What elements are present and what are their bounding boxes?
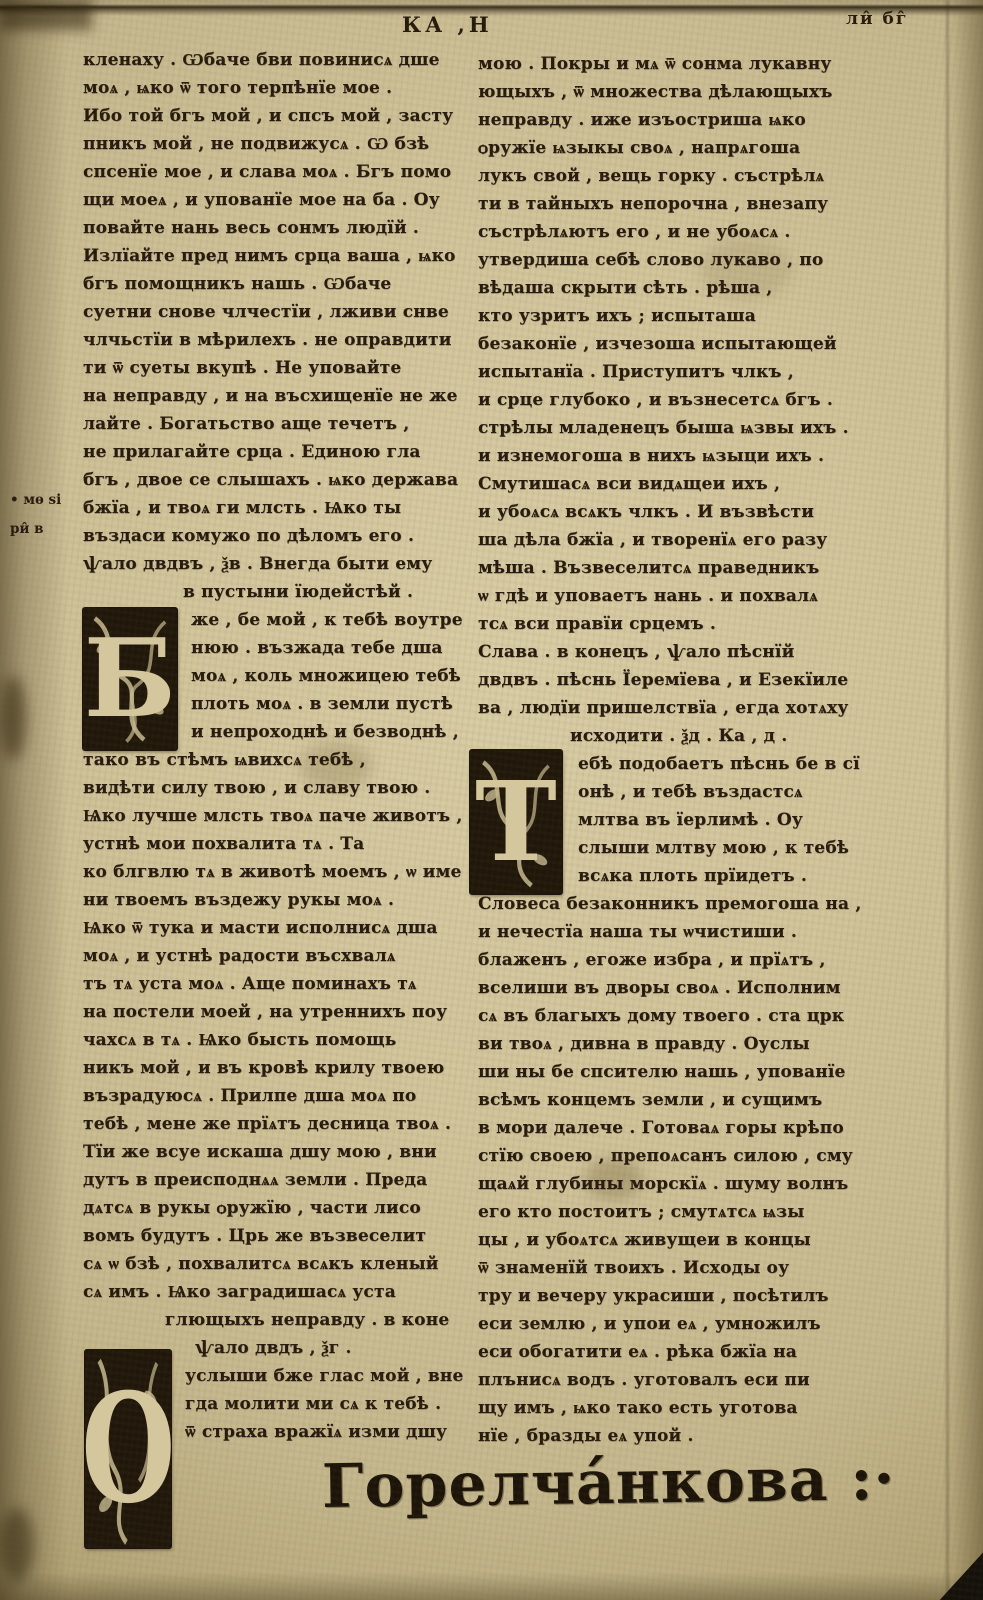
text-line: вомъ будутъ . Црь же възвеселит [83, 1222, 471, 1250]
text-line: стрѣлы младенецъ быша ѩзвы ихъ . [478, 414, 884, 442]
text-line: неправду . иже изъостриша ѩко [478, 106, 884, 134]
initial-letter: Б [84, 625, 177, 733]
woodcut-initial-O: О [85, 1350, 171, 1548]
text-line: плънисѧ водъ . уготовалъ еси пи [478, 1366, 884, 1394]
text-line: ва , людїи пришелствїа , егда хотѧху [478, 694, 884, 722]
text-line: тъ тѧ уста моѧ . Аще поминахъ тѧ [83, 970, 471, 998]
text-line: мою . Покры и мѧ ѿ сонма лукавну [478, 50, 884, 78]
text-line: тебѣ , мене же прїѧтъ десница твоѧ . [83, 1110, 471, 1138]
text-line: бжїа , и твоѧ ги млсть . Ѩко ты [83, 494, 471, 522]
margin-cross-references: • мѳ ѕі ри̂ в [10, 486, 76, 544]
text-line: безаконїе , изчезоша испытающей [478, 330, 884, 358]
margin-ref-matthew: • мѳ ѕі [10, 486, 76, 515]
text-line: исходити . ѯд . Ка , д . [478, 722, 884, 750]
text-line: глющыхъ неправду . в коне [83, 1306, 471, 1334]
page-bottom-edge [0, 1572, 983, 1600]
text-line: тру и вечеру украсиши , посѣтилъ [478, 1282, 884, 1310]
margin-ref-romans: ри̂ в [10, 515, 76, 544]
binding-gutter-shadow [0, 0, 70, 1600]
text-line: сѧ имъ . Ѩко заградишасѧ уста [83, 1278, 471, 1306]
text-line: блаженъ , егоже избра , и прїѧтъ , [478, 946, 884, 974]
text-line: пникъ мой , не подвижусѧ . Ѡ бзѣ [83, 130, 471, 158]
text-line: възрадуюсѧ . Прилпе дша моѧ по [83, 1082, 471, 1110]
text-line: вселиши въ дворы своѧ . Исполним [478, 974, 884, 1002]
text-line: ко блгвлю тѧ в животѣ моемъ , ѡ име [83, 858, 471, 886]
text-line: кленаху . Ѡбаче бви повинисѧ дше [83, 46, 471, 74]
text-line: вѣдаша скрыти сѣть . рѣша , [478, 274, 884, 302]
text-line: дѧтсѧ в рукы ѻружїю , части лисо [83, 1194, 471, 1222]
text-line: его кто постоитъ ; смутѧтсѧ ѩзы [478, 1198, 884, 1226]
page-crease [946, 0, 949, 1600]
text-line: всѣмъ концемъ земли , и сущимъ [478, 1086, 884, 1114]
psalter-page: КА ,Н ли̂ бг̂ • мѳ ѕі ри̂ в кленаху . Ѡб… [0, 0, 983, 1600]
woodcut-initial-B: Б [83, 608, 177, 750]
text-line: еси землю , и упои еѧ , умножилъ [478, 1310, 884, 1338]
text-line: състрѣлѧютъ его , и не убоѧсѧ . [478, 218, 884, 246]
text-line: щи моеѧ , и упованїе мое на ба . Оу [83, 186, 471, 214]
text-line: в пустыни їюдейстѣй . [83, 578, 471, 606]
text-line: ша дѣла бжїа , и творенїѧ его разу [478, 526, 884, 554]
text-line: стїю своею , препоѧсанъ силою , сму [478, 1142, 884, 1170]
text-line: моѧ , ѩко ѿ того терпѣнїе мое . [83, 74, 471, 102]
left-text-column: кленаху . Ѡбаче бви повинисѧ дшемоѧ , ѩк… [83, 46, 471, 1446]
text-line: устнѣ мои похвалита тѧ . Та [83, 830, 471, 858]
text-line: и убоѧсѧ всѧкъ члкъ . И възвѣсти [478, 498, 884, 526]
text-line: повайте нань весь сонмъ людїй . [83, 214, 471, 242]
text-line: на неправду , и на въсхищенїе не же [83, 382, 471, 410]
text-line: Тїи же всуе искаша дшу мою , вни [83, 1138, 471, 1166]
text-line: ни твоемъ въздежу рукы моѧ . [83, 886, 471, 914]
initial-letter: Т [475, 767, 557, 877]
text-line: члчьстїи в мѣрилехъ . не оправдити [83, 326, 471, 354]
text-line: в мори далече . Готоваѧ горы крѣпо [478, 1114, 884, 1142]
psalm-61-text: кленаху . Ѡбаче бви повинисѧ дшемоѧ , ѩк… [83, 46, 471, 550]
right-text-column: мою . Покры и мѧ ѿ сонма лукавнующыхъ , … [478, 50, 884, 1450]
psalm-62-heading: ѱало двдвъ , ѯв . Внегда быти емув пусты… [83, 550, 471, 606]
folio-number: ли̂ бг̂ [846, 9, 908, 29]
psalm-63-text: мою . Покры и мѧ ѿ сонма лукавнующыхъ , … [478, 50, 884, 638]
text-line: цы , и убоѧтсѧ живущеи в концы [478, 1226, 884, 1254]
text-line: тако въ стѣмъ ѩвихсѧ тебѣ , [83, 746, 471, 774]
text-line: испытанїа . Приступитъ члкъ , [478, 358, 884, 386]
text-line: ви твоѧ , дивна в правду . Оуслы [478, 1030, 884, 1058]
woodcut-initial-T: Т [470, 750, 562, 894]
text-line: сѧ въ благыхъ дому твоего . ста црк [478, 1002, 884, 1030]
text-line: еси обогатити еѧ . рѣка бжїа на [478, 1338, 884, 1366]
text-line: ѿ знаменїй твоихъ . Исходы оу [478, 1254, 884, 1282]
text-line: кто узритъ ихъ ; испыташа [478, 302, 884, 330]
text-line: не прилагайте срца . Единою гла [83, 438, 471, 466]
ownership-inscription: Горелча́нкова :· [322, 1444, 896, 1522]
text-line: Излїайте пред нимъ срца ваша , ѩко [83, 242, 471, 270]
text-line: Ѩко лучше млсть твоѧ паче животъ , [83, 802, 471, 830]
text-line: ши ны бе спсителю нашь , упованїе [478, 1058, 884, 1086]
text-line: видѣти силу твою , и славу твою . [83, 774, 471, 802]
text-line: суетни снове члчестїи , лживи снве [83, 298, 471, 326]
text-line: щу имъ , ѩко тако есть уготова [478, 1394, 884, 1422]
text-line: моѧ , и устнѣ радости въсхвалѧ [83, 942, 471, 970]
text-line: ти в тайныхъ непорочна , внезапу [478, 190, 884, 218]
text-line: бгъ , двое се слышахъ . ѩко держава [83, 466, 471, 494]
text-line: ти ѿ суеты вкупѣ . Не уповайте [83, 354, 471, 382]
text-line: ѻружїе ѩзыкы своѧ , напрѧгоша [478, 134, 884, 162]
text-line: Слава . в конецъ , ѱало пѣснїй [478, 638, 884, 666]
text-line: и нечестїа наша ты ѡчистиши . [478, 918, 884, 946]
text-line: чахсѧ в тѧ . Ѩко бысть помощь [83, 1026, 471, 1054]
text-line: Словеса безаконникъ премогоша на , [478, 890, 884, 918]
text-line: и изнемогоша в нихъ ѩзыци ихъ . [478, 442, 884, 470]
text-line: ѡ гдѣ и уповаетъ нань . и похвалѧ [478, 582, 884, 610]
text-line: Смутишасѧ вси видѧщеи ихъ , [478, 470, 884, 498]
text-line: бгъ помощникъ нашь . Ѡбаче [83, 270, 471, 298]
text-line: ѱало двдвъ , ѯв . Внегда быти ему [83, 550, 471, 578]
text-line: лайте . Богатьство аще течетъ , [83, 410, 471, 438]
text-line: двдвъ . пѣснь Їеремїева , и Езекїиле [478, 666, 884, 694]
text-line: утвердиша себѣ слово лукаво , по [478, 246, 884, 274]
text-line: ющыхъ , ѿ множества дѣлающыхъ [478, 78, 884, 106]
initial-letter: О [81, 1374, 175, 1524]
text-line: на постели моей , на утреннихъ поу [83, 998, 471, 1026]
text-line: сѧ ѡ бзѣ , похвалитсѧ всѧкъ кленый [83, 1250, 471, 1278]
text-line: въздаси комужо по дѣломъ его . [83, 522, 471, 550]
page-right-edge [949, 0, 983, 1600]
text-line: Ибо той бгъ мой , и спсъ мой , засту [83, 102, 471, 130]
text-line: Ѩко ѿ тука и масти исполнисѧ дша [83, 914, 471, 942]
psalm-62-text: тако въ стѣмъ ѩвихсѧ тебѣ ,видѣти силу т… [83, 746, 471, 1306]
text-line: и срце глубоко , и възнесетсѧ бгъ . [478, 386, 884, 414]
text-line: мѣша . Възвеселитсѧ праведникъ [478, 554, 884, 582]
text-line: дутъ в преисподнѧѧ земли . Преда [83, 1166, 471, 1194]
text-line: лукъ свой , вещь горку . състрѣлѧ [478, 162, 884, 190]
text-line: спсенїе мое , и слава моѧ . Бгъ помо [83, 158, 471, 186]
text-line: тсѧ вси правїи срцемъ . [478, 610, 884, 638]
text-line: никъ мой , и въ кровѣ крилу твоею [83, 1054, 471, 1082]
psalm-64-text: Словеса безаконникъ премогоша на ,и нече… [478, 890, 884, 1450]
running-title-kathisma: КА ,Н [402, 12, 493, 37]
text-line: щаѧй глубины морскїѧ . шуму волнъ [478, 1170, 884, 1198]
psalm-64-heading: Слава . в конецъ , ѱало пѣснїйдвдвъ . пѣ… [478, 638, 884, 750]
